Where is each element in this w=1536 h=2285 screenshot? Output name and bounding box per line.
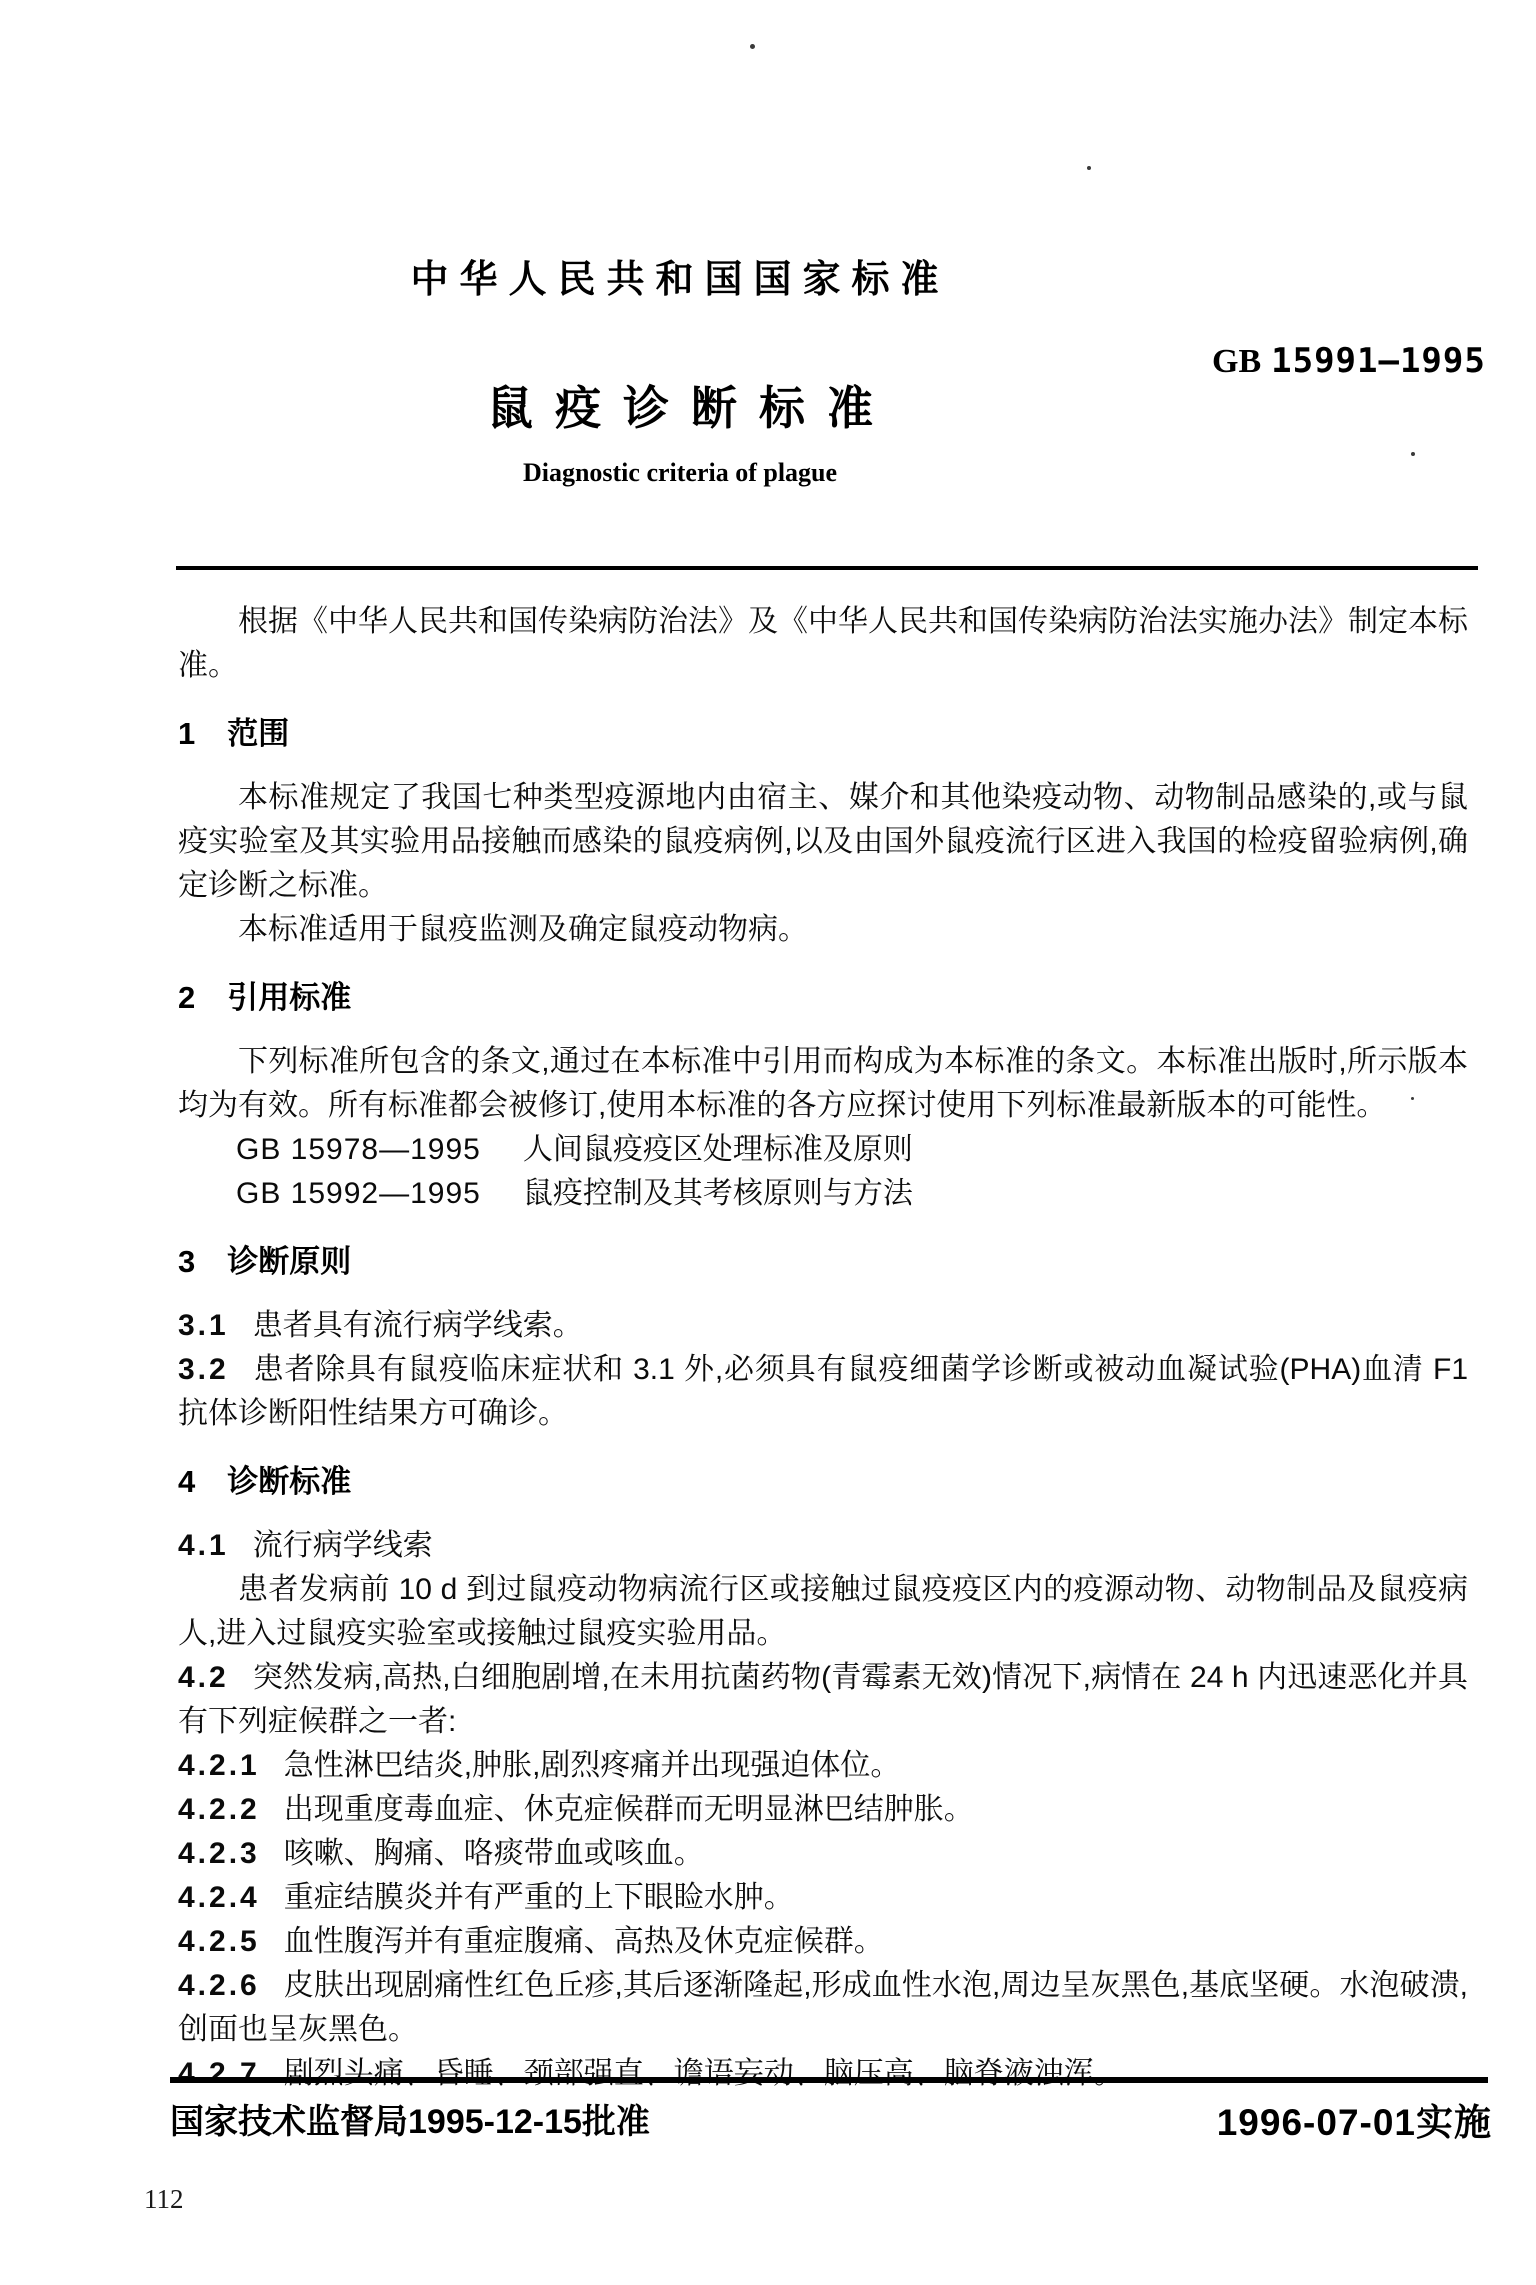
document-page: 中华人民共和国国家标准 GB15991—1995 鼠疫诊断标准 Diagnost… xyxy=(0,0,1536,2285)
section-1-number: 1 xyxy=(178,712,197,756)
scan-speck xyxy=(750,44,755,49)
clause: 4.2.3咳嗽、胸痛、咯痰带血或咳血。 xyxy=(178,1832,1468,1876)
clause-number: 4.2.5 xyxy=(178,1925,260,1958)
clause-number: 4.2.6 xyxy=(178,1969,260,2002)
scan-speck xyxy=(1087,166,1091,170)
clause-number: 4.2.4 xyxy=(178,1881,260,1914)
intro-paragraph: 根据《中华人民共和国传染病防治法》及《中华人民共和国传染病防治法实施办法》制定本… xyxy=(178,600,1468,688)
clause-text: 急性淋巴结炎,肿胀,剧烈疼痛并出现强迫体位。 xyxy=(284,1749,901,1782)
clause-text: 突然发病,高热,白细胞剧增,在未用抗菌药物(青霉素无效)情况下,病情在 24 h… xyxy=(178,1661,1468,1738)
clause-text: 重症结膜炎并有严重的上下眼睑水肿。 xyxy=(284,1881,794,1914)
section-2-paragraph: 下列标准所包含的条文,通过在本标准中引用而构成为本标准的条文。本标准出版时,所示… xyxy=(178,1040,1468,1128)
clause-text: 流行病学线索 xyxy=(253,1529,433,1562)
clause: 4.2.6皮肤出现剧痛性红色丘疹,其后逐渐隆起,形成血性水泡,周边呈灰黑色,基底… xyxy=(178,1964,1468,2052)
clause-text: 血性腹泻并有重症腹痛、高热及休克症候群。 xyxy=(284,1925,884,1958)
clause-number: 3.1 xyxy=(178,1309,229,1342)
reference-title: 人间鼠疫疫区处理标准及原则 xyxy=(523,1133,913,1166)
clause-text: 剧烈头痛、昏睡、颈部强直、谵语妄动、脑压高、脑脊液浊浑。 xyxy=(284,2057,1124,2090)
section-1-paragraph: 本标准适用于鼠疫监测及确定鼠疫动物病。 xyxy=(178,908,1468,952)
standard-code-number: 15991—1995 xyxy=(1271,341,1486,381)
clause: 4.2.5血性腹泻并有重症腹痛、高热及休克症候群。 xyxy=(178,1920,1468,1964)
clause-number: 4.2.7 xyxy=(178,2057,260,2090)
clause: 4.2.1急性淋巴结炎,肿胀,剧烈疼痛并出现强迫体位。 xyxy=(178,1744,1468,1788)
clause-number: 4.2.2 xyxy=(178,1793,260,1826)
scan-speck xyxy=(1237,843,1240,846)
section-2-heading: 2引用标准 xyxy=(178,976,1468,1020)
clause-number: 3.2 xyxy=(178,1353,229,1386)
epidemiology-paragraph: 患者发病前 10 d 到过鼠疫动物病流行区或接触过鼠疫疫区内的疫源动物、动物制品… xyxy=(178,1568,1468,1656)
clause: 4.2.7剧烈头痛、昏睡、颈部强直、谵语妄动、脑压高、脑脊液浊浑。 xyxy=(178,2052,1468,2096)
document-title-cn: 鼠疫诊断标准 xyxy=(90,372,1270,438)
section-2-number: 2 xyxy=(178,976,197,1020)
clause: 3.2患者除具有鼠疫临床症状和 3.1 外,必须具有鼠疫细菌学诊断或被动血凝试验… xyxy=(178,1348,1468,1436)
page-number: 112 xyxy=(144,2184,184,2215)
clause-number: 4.1 xyxy=(178,1529,229,1562)
reference-code: GB 15992—1995 xyxy=(236,1172,481,1216)
clause-number: 4.2.3 xyxy=(178,1837,260,1870)
clause-text: 患者具有流行病学线索。 xyxy=(253,1309,583,1342)
section-2-title: 引用标准 xyxy=(227,980,351,1015)
reference-item: GB 15992—1995鼠疫控制及其考核原则与方法 xyxy=(178,1172,1468,1216)
clause: 4.2.2出现重度毒血症、休克症候群而无明显淋巴结肿胀。 xyxy=(178,1788,1468,1832)
reference-title: 鼠疫控制及其考核原则与方法 xyxy=(523,1177,913,1210)
section-3-number: 3 xyxy=(178,1240,197,1284)
document-title-en: Diagnostic criteria of plague xyxy=(90,458,1270,488)
document-body: 根据《中华人民共和国传染病防治法》及《中华人民共和国传染病防治法实施办法》制定本… xyxy=(178,600,1468,2096)
section-4-number: 4 xyxy=(178,1460,197,1504)
clause-number: 4.2.1 xyxy=(178,1749,260,1782)
footer-approval: 国家技术监督局1995-12-15批准 xyxy=(170,2094,650,2143)
reference-item: GB 15978—1995人间鼠疫疫区处理标准及原则 xyxy=(178,1128,1468,1172)
scan-speck xyxy=(1411,452,1415,456)
section-1-title: 范围 xyxy=(227,716,289,751)
clause: 4.1流行病学线索 xyxy=(178,1524,1468,1568)
reference-code: GB 15978—1995 xyxy=(236,1128,481,1172)
clause-text: 出现重度毒血症、休克症候群而无明显淋巴结肿胀。 xyxy=(284,1793,974,1826)
clause-text: 咳嗽、胸痛、咯痰带血或咳血。 xyxy=(284,1837,704,1870)
footer-rule xyxy=(170,2077,1488,2083)
section-3-heading: 3诊断原则 xyxy=(178,1240,1468,1284)
section-3-title: 诊断原则 xyxy=(227,1244,351,1279)
footer-implementation: 1996-07-01实施 xyxy=(1217,2092,1492,2146)
scan-speck xyxy=(1411,1097,1414,1100)
clause: 4.2.4重症结膜炎并有严重的上下眼睑水肿。 xyxy=(178,1876,1468,1920)
clause: 3.1患者具有流行病学线索。 xyxy=(178,1304,1468,1348)
clause-text: 患者除具有鼠疫临床症状和 3.1 外,必须具有鼠疫细菌学诊断或被动血凝试验(PH… xyxy=(178,1353,1468,1430)
clause: 4.2突然发病,高热,白细胞剧增,在未用抗菌药物(青霉素无效)情况下,病情在 2… xyxy=(178,1656,1468,1744)
section-4-heading: 4诊断标准 xyxy=(178,1460,1468,1504)
section-1-heading: 1范围 xyxy=(178,712,1468,756)
section-1-paragraph: 本标准规定了我国七种类型疫源地内由宿主、媒介和其他染疫动物、动物制品感染的,或与… xyxy=(178,776,1468,908)
header-rule xyxy=(176,566,1478,570)
national-standard-title: 中华人民共和国国家标准 xyxy=(90,248,1270,303)
section-4-title: 诊断标准 xyxy=(227,1464,351,1499)
clause-number: 4.2 xyxy=(178,1661,229,1694)
clause-text: 皮肤出现剧痛性红色丘疹,其后逐渐隆起,形成血性水泡,周边呈灰黑色,基底坚硬。水泡… xyxy=(178,1969,1468,2046)
